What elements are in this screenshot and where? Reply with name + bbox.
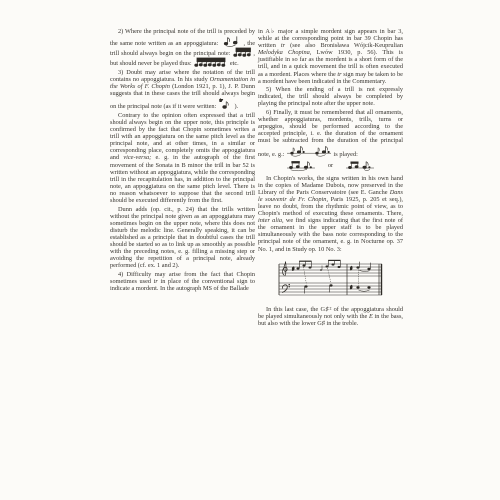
paragraph-text: 5) When the ending of a trill is not exp… xyxy=(258,86,403,107)
grand-staff-example-block: ♯ ♯ xyxy=(258,258,403,300)
music-execution-variant-2-notation xyxy=(346,160,374,172)
paragraph-contrary: Contrary to the opinion often expressed … xyxy=(110,112,255,204)
paragraph-text: ). xyxy=(233,103,238,110)
svg-text:♯: ♯ xyxy=(350,285,352,291)
music-note-with-tr-notation: tr xyxy=(219,97,232,110)
music-execution-variant-1-notation xyxy=(287,160,315,172)
music-ornament-source-notation xyxy=(287,145,331,158)
svg-text:tr: tr xyxy=(219,98,222,103)
paragraph-text: e. g. in the autograph of the first move… xyxy=(110,154,255,204)
latin-phrase: inter alia, xyxy=(258,217,284,224)
scanned-book-page: 2) Where the principal note of the trill… xyxy=(0,0,500,500)
paragraph-text: (see also Bronisława Wójcik-Keuprulian xyxy=(285,42,403,49)
paragraph-difficulty-tr: 4) Difficulty may arise from the fact th… xyxy=(110,271,255,292)
svg-text:♯: ♯ xyxy=(350,266,352,272)
paragraph-trill-preceded: 2) Where the principal note of the trill… xyxy=(110,28,255,67)
paragraph-dunn-adds: Dunn adds (op. cit., p. 24) that the tri… xyxy=(110,206,255,270)
right-column: in A♭ major a simple mordent sign appear… xyxy=(258,28,403,329)
paragraph-last-case: In this last case, the G♯² of the appogg… xyxy=(258,306,403,327)
music-grand-staff-example-notation: ♯ ♯ xyxy=(276,258,386,298)
paragraph-ballade-mordent: in A♭ major a simple mordent sign appear… xyxy=(258,28,403,85)
music-tied-appoggiatura-notation xyxy=(222,35,243,47)
paragraph-ornament-duration: 6) Finally, it must be remembered that a… xyxy=(258,109,403,158)
paragraph-text: etc. xyxy=(228,60,239,67)
paragraph-trill-ending: 5) When the ending of a trill is not exp… xyxy=(258,86,403,107)
book-title-melodyka: Melodyka Chopina, xyxy=(258,49,311,56)
svg-text:♯: ♯ xyxy=(292,266,294,272)
music-wrong-execution-notation xyxy=(194,57,227,67)
left-column: 2) Where the principal note of the trill… xyxy=(110,28,255,294)
music-trill-on-principal-notation xyxy=(233,47,252,57)
paragraph-doubt-notation: 3) Doubt may arise where the notation of… xyxy=(110,69,255,110)
latin-phrase: vice-versa; xyxy=(123,154,151,161)
paragraph-text: Dunn adds (op. cit., p. 24) that the tri… xyxy=(110,206,255,270)
execution-variants-row: or xyxy=(258,160,403,172)
or-label: or xyxy=(328,162,333,169)
paragraph-text: is played: xyxy=(332,151,358,158)
paragraph-text: In Chopin's works, the signs written in … xyxy=(258,175,403,196)
paragraph-dubois-copies: In Chopin's works, the signs written in … xyxy=(258,175,403,253)
